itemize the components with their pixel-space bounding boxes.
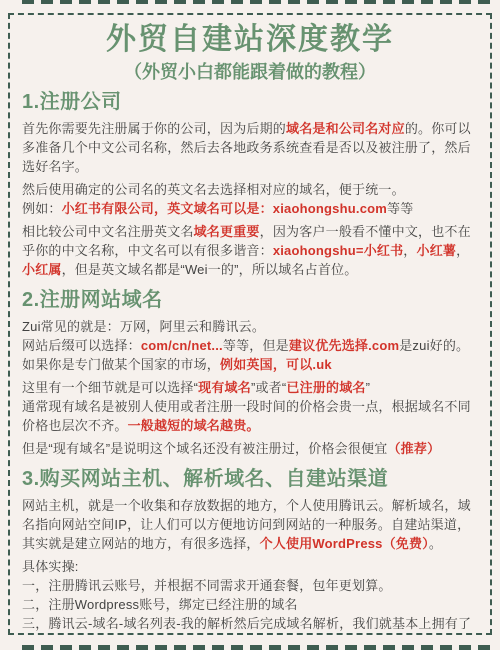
paragraph: 网站主机，就是一个收集和存放数据的地方，个人使用腾讯云。解析域名，域名指向网站空…	[22, 496, 478, 553]
paragraph: Zui常见的就是：万网，阿里云和腾讯云。	[22, 317, 478, 336]
section-register-domain: 2.注册网站域名 Zui常见的就是：万网，阿里云和腾讯云。 网站后缀可以选择：c…	[22, 287, 478, 458]
section-heading-buy-host: 3.购买网站主机、解析域名、自建站渠道	[22, 466, 478, 492]
paragraph: 相比较公司中文名注册英文名域名更重要，因为客户一般看不懂中文，也不在乎你的中文名…	[22, 222, 478, 279]
cropped-adjacent-card-border-bottom	[22, 645, 494, 650]
paragraph: 例如：小红书有限公司，英文域名可以是：xiaohongshu.com等等	[22, 199, 478, 218]
paragraph: 网站后缀可以选择：com/cn/net...等等，但是建议优先选择.com是zu…	[22, 336, 478, 374]
section-register-company: 1.注册公司 首先你需要先注册属于你的公司，因为后期的域名是和公司名对应的。你可…	[22, 89, 478, 279]
section-buy-host: 3.购买网站主机、解析域名、自建站渠道 网站主机，就是一个收集和存放数据的地方，…	[22, 466, 478, 635]
paragraph: 但是“现有域名”是说明这个域名还没有被注册过，价格会很便宜（推荐）	[22, 439, 478, 458]
page-title: 外贸自建站深度教学	[22, 22, 478, 58]
paragraph: 二，注册Wordpress账号，绑定已经注册的域名	[22, 595, 478, 614]
section-heading-register-company: 1.注册公司	[22, 89, 478, 115]
page-subtitle: （外贸小白都能跟着做的教程）	[22, 60, 478, 84]
cropped-adjacent-card-border-top	[22, 0, 494, 4]
paragraph: 通常现有域名是被别人使用或者注册一段时间的价格会贵一点，根据域名不同价格也层次不…	[22, 397, 478, 435]
paragraph: 首先你需要先注册属于你的公司，因为后期的域名是和公司名对应的。你可以多准备几个中…	[22, 119, 478, 176]
paragraph: 三，腾讯云-域名-域名列表-我的解析然后完成域名解析，我们就基本上拥有了一个基本…	[22, 614, 478, 635]
paragraph: 然后使用确定的公司名的英文名去选择相对应的域名，便于统一。	[22, 180, 478, 199]
tutorial-card: 外贸自建站深度教学 （外贸小白都能跟着做的教程） 1.注册公司 首先你需要先注册…	[0, 0, 500, 650]
dashed-border-frame: 外贸自建站深度教学 （外贸小白都能跟着做的教程） 1.注册公司 首先你需要先注册…	[8, 13, 492, 635]
paragraph: 这里有一个细节就是可以选择“现有域名”或者“已注册的域名”	[22, 378, 478, 397]
paragraph: 具体实操:	[22, 557, 478, 576]
section-heading-register-domain: 2.注册网站域名	[22, 287, 478, 313]
paragraph: 一，注册腾讯云账号，并根据不同需求开通套餐，包年更划算。	[22, 576, 478, 595]
